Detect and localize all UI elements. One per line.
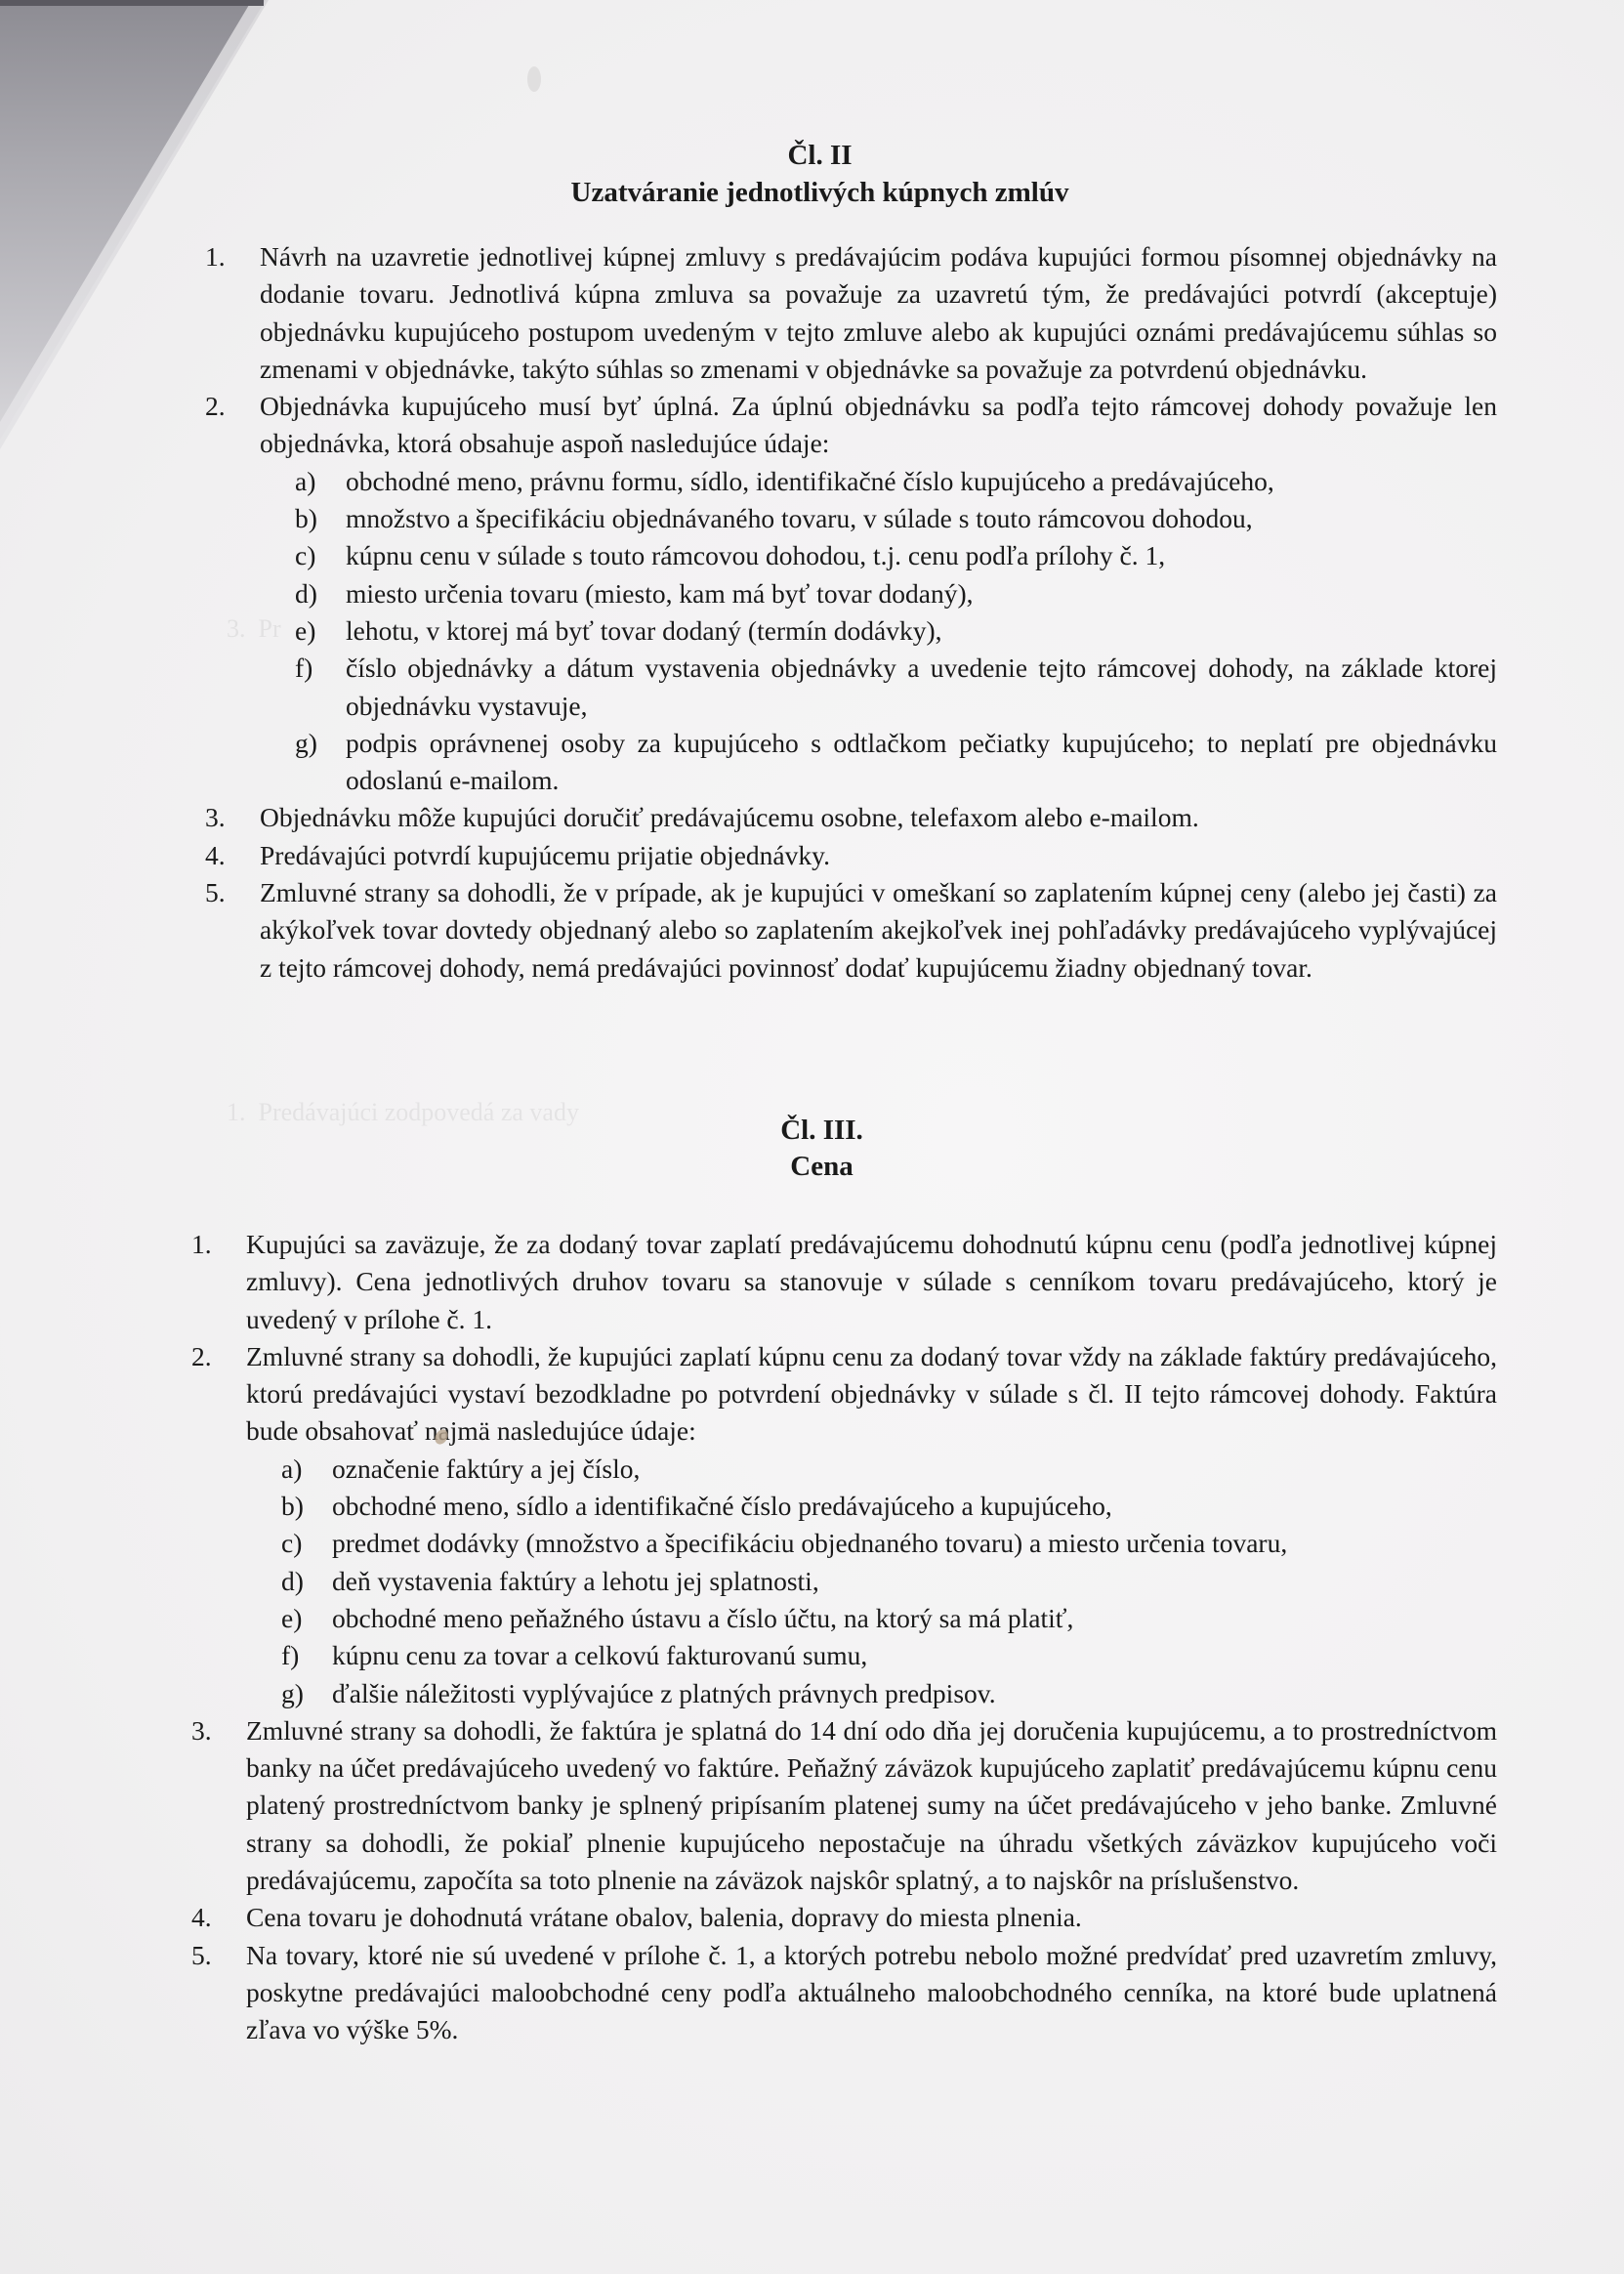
sub-item-text: deň vystavenia faktúry a lehotu jej spla… xyxy=(332,1563,1497,1600)
sub-item-text: predmet dodávky (množstvo a špecifikáciu… xyxy=(332,1525,1497,1562)
article-2-item-3: 3. Objednávku môže kupujúci doručiť pred… xyxy=(205,799,1497,836)
sub-item-b: b) množstvo a špecifikáciu objednávaného… xyxy=(295,500,1497,537)
sub-item-letter: b) xyxy=(295,500,317,537)
item-text: Kupujúci sa zaväzuje, že za dodaný tovar… xyxy=(246,1226,1497,1338)
sub-item-d: d) miesto určenia tovaru (miesto, kam má… xyxy=(295,575,1497,612)
sub-item-letter: a) xyxy=(281,1451,302,1488)
sub-item-c: c) kúpnu cenu v súlade s touto rámcovou … xyxy=(295,537,1497,574)
item-text: Objednávku môže kupujúci doručiť predáva… xyxy=(260,799,1497,836)
item-text: Návrh na uzavretie jednotlivej kúpnej zm… xyxy=(260,238,1497,388)
sub-item-letter: a) xyxy=(295,463,315,500)
sub-item-letter: f) xyxy=(281,1637,299,1674)
sub-item-text: obchodné meno, sídlo a identifikačné čís… xyxy=(332,1488,1497,1525)
article-3-item-1: 1. Kupujúci sa zaväzuje, že za dodaný to… xyxy=(191,1226,1497,1338)
item-text: Na tovary, ktoré nie sú uvedené v príloh… xyxy=(246,1937,1497,2049)
sub-item-g: g) podpis oprávnenej osoby za kupujúceho… xyxy=(295,725,1497,800)
item-number: 3. xyxy=(205,799,226,836)
sub-item-f: f) kúpnu cenu za tovar a celkovú fakturo… xyxy=(281,1637,1497,1674)
sub-item-text: obchodné meno, právnu formu, sídlo, iden… xyxy=(346,463,1497,500)
item-text: Zmluvné strany sa dohodli, že v prípade,… xyxy=(260,874,1497,987)
article-2-title: Uzatváranie jednotlivých kúpnych zmlúv xyxy=(8,174,1624,211)
sub-item-text: ďalšie náležitosti vyplývajúce z platnýc… xyxy=(332,1675,1497,1712)
sub-item-f: f) číslo objednávky a dátum vystavenia o… xyxy=(295,650,1497,725)
sub-item-letter: g) xyxy=(295,725,317,762)
sub-item-d: d) deň vystavenia faktúry a lehotu jej s… xyxy=(281,1563,1497,1600)
sub-item-a: a) označenie faktúry a jej číslo, xyxy=(281,1451,1497,1488)
sub-item-letter: e) xyxy=(281,1600,302,1637)
article-2-item-1: 1. Návrh na uzavretie jednotlivej kúpnej… xyxy=(205,238,1497,388)
sub-item-letter: d) xyxy=(295,575,317,612)
sub-item-letter: g) xyxy=(281,1675,304,1712)
sub-item-letter: c) xyxy=(295,537,315,574)
item-number: 1. xyxy=(191,1226,212,1263)
sub-item-text: číslo objednávky a dátum vystavenia obje… xyxy=(346,650,1497,725)
sub-item-letter: d) xyxy=(281,1563,304,1600)
item-number: 2. xyxy=(191,1338,212,1375)
sub-item-c: c) predmet dodávky (množstvo a špecifiká… xyxy=(281,1525,1497,1562)
item-number: 3. xyxy=(191,1712,212,1749)
article-3-item-2: 2. Zmluvné strany sa dohodli, že kupujúc… xyxy=(191,1338,1497,1712)
item-number: 5. xyxy=(191,1937,212,1974)
item-number: 5. xyxy=(205,874,226,911)
article-3-item-5: 5. Na tovary, ktoré nie sú uvedené v prí… xyxy=(191,1937,1497,2049)
sub-item-g: g) ďalšie náležitosti vyplývajúce z plat… xyxy=(281,1675,1497,1712)
article-2-item-5: 5. Zmluvné strany sa dohodli, že v prípa… xyxy=(205,874,1497,987)
sub-item-a: a) obchodné meno, právnu formu, sídlo, i… xyxy=(295,463,1497,500)
article-3-item-4: 4. Cena tovaru je dohodnutá vrátane obal… xyxy=(191,1899,1497,1936)
sub-item-letter: e) xyxy=(295,612,315,650)
item-text: Cena tovaru je dohodnutá vrátane obalov,… xyxy=(246,1899,1497,1936)
item-number: 4. xyxy=(191,1899,212,1936)
sub-item-e: e) obchodné meno peňažného ústavu a čísl… xyxy=(281,1600,1497,1637)
item-text: Objednávka kupujúceho musí byť úplná. Za… xyxy=(260,388,1497,463)
sub-item-text: množstvo a špecifikáciu objednávaného to… xyxy=(346,500,1497,537)
sub-item-letter: f) xyxy=(295,650,312,687)
sub-item-letter: c) xyxy=(281,1525,302,1562)
item-text: Zmluvné strany sa dohodli, že faktúra je… xyxy=(246,1712,1497,1899)
item-text: Zmluvné strany sa dohodli, že kupujúci z… xyxy=(246,1338,1497,1451)
article-3-title: Cena xyxy=(10,1148,1624,1185)
item-text: Predávajúci potvrdí kupujúcemu prijatie … xyxy=(260,837,1497,874)
paper-smudge xyxy=(527,66,541,92)
item-number: 1. xyxy=(205,238,226,275)
sub-item-text: miesto určenia tovaru (miesto, kam má by… xyxy=(346,575,1497,612)
sub-item-text: podpis oprávnenej osoby za kupujúceho s … xyxy=(346,725,1497,800)
article-3-list: 1. Kupujúci sa zaväzuje, že za dodaný to… xyxy=(191,1226,1497,2049)
article-2-number: Čl. II xyxy=(8,137,1624,174)
sub-item-text: kúpnu cenu za tovar a celkovú fakturovan… xyxy=(332,1637,1497,1674)
article-3-item-3: 3. Zmluvné strany sa dohodli, že faktúra… xyxy=(191,1712,1497,1899)
sub-item-text: obchodné meno peňažného ústavu a číslo ú… xyxy=(332,1600,1497,1637)
sub-item-e: e) lehotu, v ktorej má byť tovar dodaný … xyxy=(295,612,1497,650)
sub-item-letter: b) xyxy=(281,1488,304,1525)
item-number: 2. xyxy=(205,388,226,425)
article-2-list: 1. Návrh na uzavretie jednotlivej kúpnej… xyxy=(205,238,1497,987)
sub-item-text: kúpnu cenu v súlade s touto rámcovou doh… xyxy=(346,537,1497,574)
item-number: 4. xyxy=(205,837,226,874)
article-2-item-2: 2. Objednávka kupujúceho musí byť úplná.… xyxy=(205,388,1497,799)
sub-item-text: označenie faktúry a jej číslo, xyxy=(332,1451,1497,1488)
sub-item-text: lehotu, v ktorej má byť tovar dodaný (te… xyxy=(346,612,1497,650)
article-2-item-4: 4. Predávajúci potvrdí kupujúcemu prijat… xyxy=(205,837,1497,874)
scan-edge xyxy=(0,0,264,6)
article-3-number: Čl. III. xyxy=(10,1112,1624,1149)
sub-item-b: b) obchodné meno, sídlo a identifikačné … xyxy=(281,1488,1497,1525)
